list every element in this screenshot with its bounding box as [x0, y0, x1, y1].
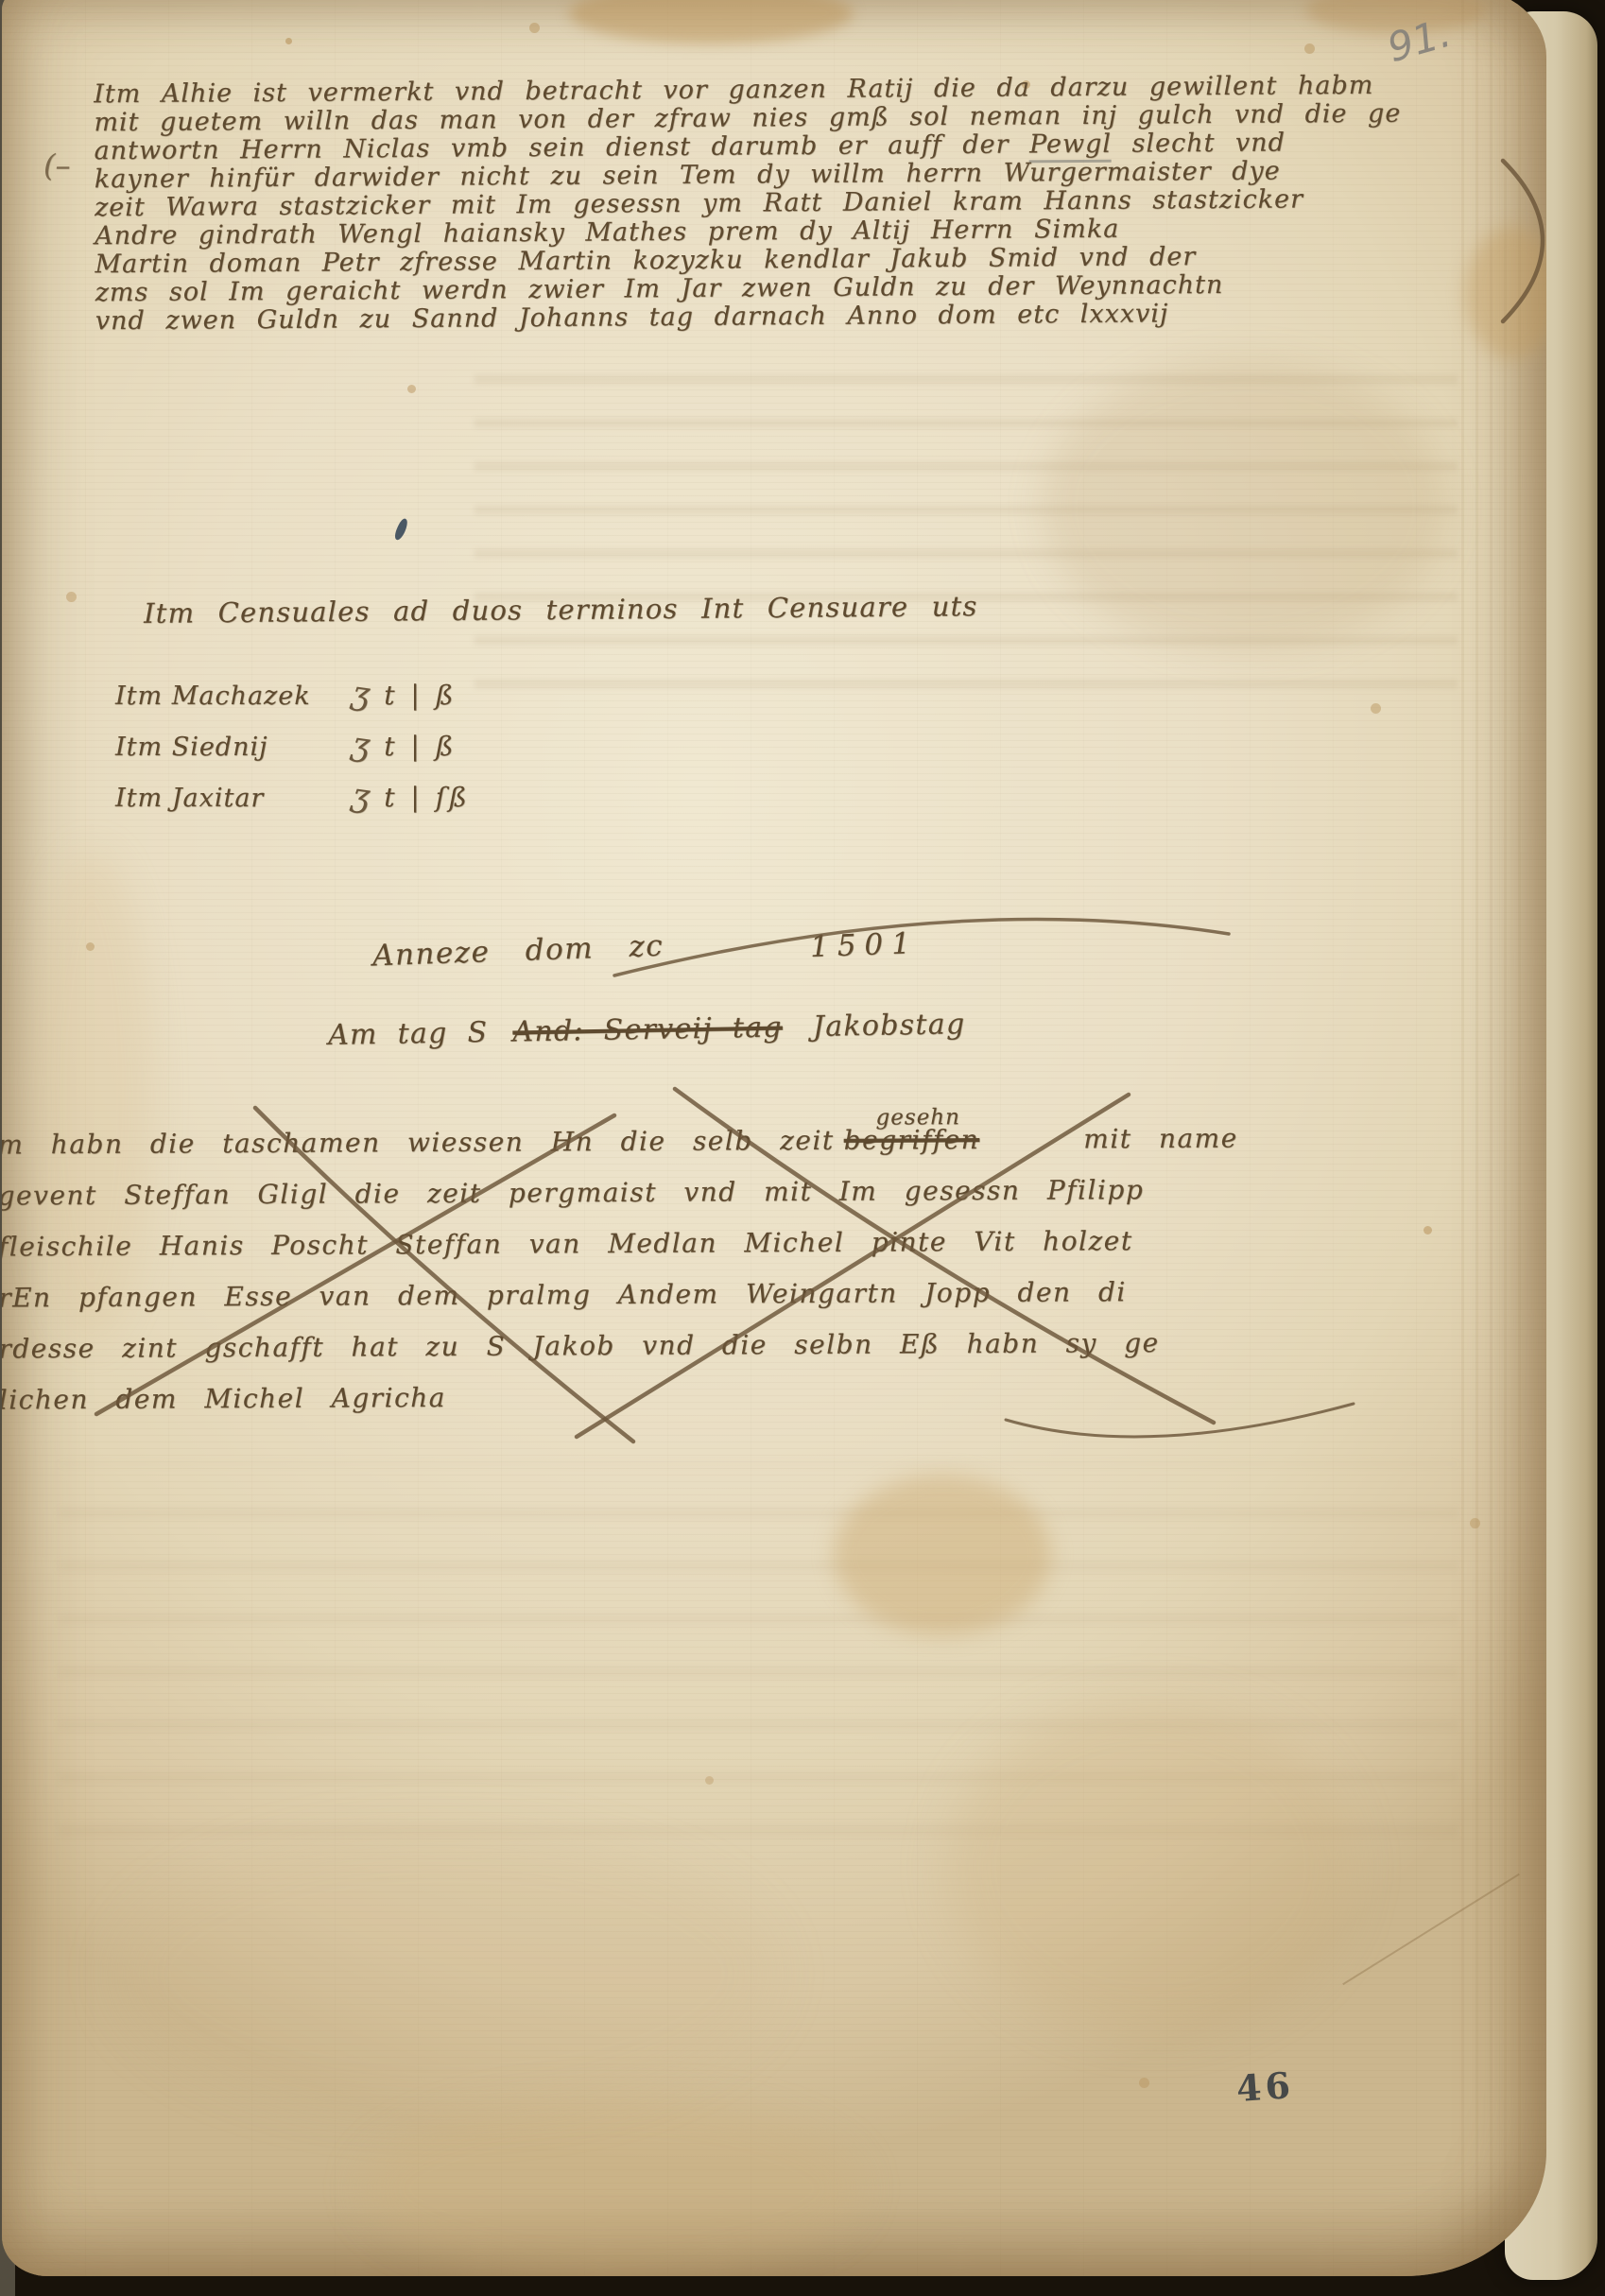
census-item-name: Itm Machazek	[115, 682, 352, 711]
manuscript-page: 91. (– Itm Alhie ist vermerkt vnd betrac…	[2, 0, 1546, 2276]
pen-flourish: ʒ	[349, 674, 373, 714]
archive-number-stamp: 46	[1235, 2063, 1296, 2110]
census-section-heading: Itm Censuales ad duos terminos Int Censu…	[144, 590, 978, 630]
stain	[1042, 359, 1448, 652]
cancelled-entry-paragraph: m habn die taschamen wiessen Hn die selb…	[2, 1112, 1546, 1426]
date-flourish	[614, 919, 1229, 975]
foxing-spots	[285, 38, 292, 44]
main-entry-paragraph: Itm Alhie ist vermerkt vnd betracht vor …	[94, 71, 1532, 337]
census-item-amount: t | ß	[384, 680, 457, 711]
census-item: Itm Machazekʒt | ß	[115, 675, 471, 726]
census-item-amount: t | ß	[384, 731, 457, 762]
pen-flourish: ʒ	[349, 776, 373, 816]
pen-flourish: ʒ	[349, 725, 373, 765]
line-text: m habn die taschamen wiessen Hn die selb…	[2, 1125, 835, 1161]
superscript-insertion: gesehn	[875, 1092, 960, 1143]
stain	[361, 2098, 862, 2276]
line-text: Am tag S	[328, 1016, 489, 1052]
census-item: Itm Siednijʒt | ß	[115, 726, 471, 777]
stain	[569, 0, 853, 43]
census-item-name: Itm Siednij	[115, 733, 352, 762]
date-line: Anneze dom zc	[371, 929, 664, 974]
ink-bleedthrough	[475, 367, 1458, 707]
ink-blot	[393, 517, 410, 542]
feast-day-line: Am tag SAnd: Serveij tagJakobstag	[328, 1008, 966, 1052]
census-item: Itm Jaxitarʒt | ſß	[115, 777, 471, 828]
line-text: Jakobstag	[813, 1008, 966, 1044]
folio-number: 91.	[1383, 9, 1457, 72]
scanned-manuscript-screenshot: { "page": { "folio_number": "91.", "stam…	[0, 0, 1605, 2296]
stain	[115, 1832, 777, 2115]
manuscript-line: fleischile Hanis Poscht Steffan van Medl…	[2, 1214, 1546, 1273]
manuscript-line: rdesse zint gschafft hat zu S Jakob vnd …	[2, 1316, 1546, 1375]
manuscript-line: rEn pfangen Esse van dem pralmg Andem We…	[2, 1265, 1546, 1324]
census-item-name: Itm Jaxitar	[115, 784, 352, 813]
census-list: Itm Machazekʒt | ß Itm Siednijʒt | ß Itm…	[115, 675, 471, 828]
paper-crease	[1342, 1873, 1520, 1985]
manuscript-line: lichen dem Michel Agricha	[2, 1367, 1546, 1426]
line-text: mit name	[1083, 1123, 1238, 1155]
census-item-amount: t | ſß	[384, 782, 471, 813]
struck-text: And: Serveij tag	[512, 1010, 783, 1048]
correction: gesehnbegriffen	[844, 1114, 980, 1166]
stain	[834, 1475, 1051, 1635]
year-1501: 1501	[809, 926, 919, 964]
ink-bleedthrough	[59, 1463, 1458, 1860]
manuscript-line: gevent Steffan Gligl die zeit pergmaist …	[2, 1163, 1546, 1222]
manuscript-line: m habn die taschamen wiessen Hn die selb…	[2, 1112, 1546, 1171]
line-text: slecht vnd	[1112, 129, 1286, 159]
stain	[947, 1701, 1354, 2032]
margin-mark: (–	[43, 147, 70, 183]
